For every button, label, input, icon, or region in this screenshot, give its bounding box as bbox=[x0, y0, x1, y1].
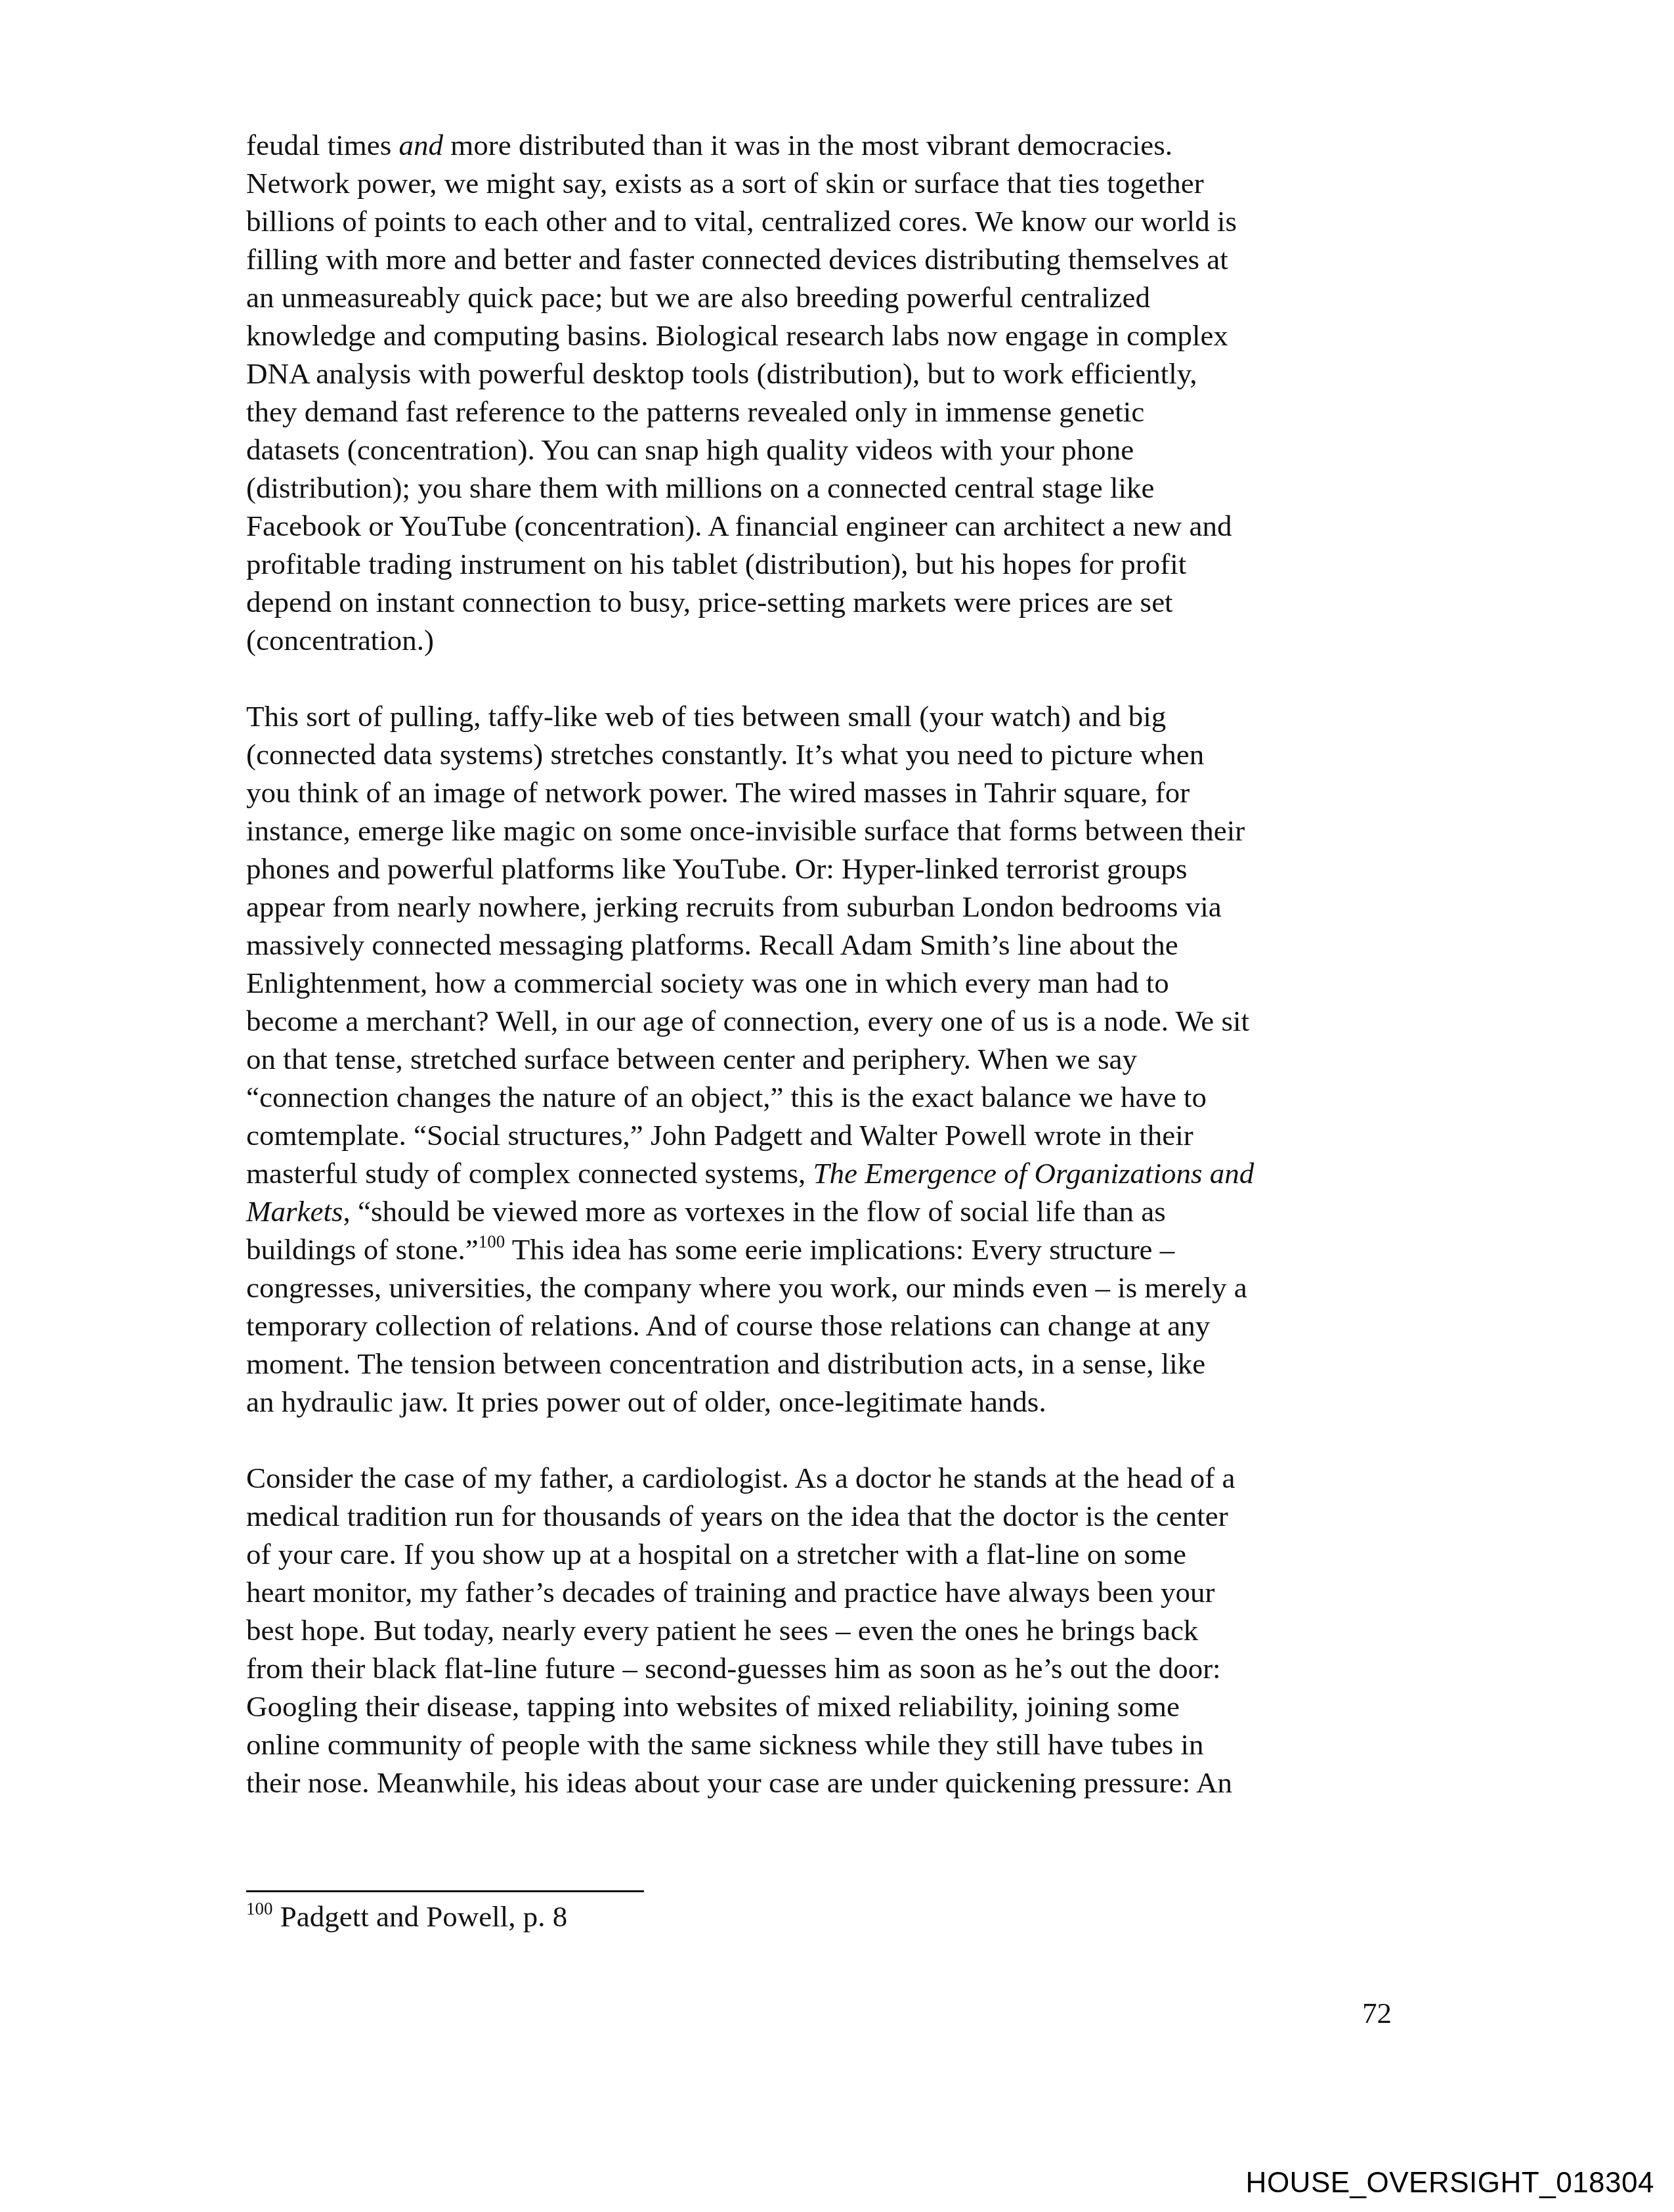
text-line: masterful study of complex connected sys… bbox=[246, 1154, 1441, 1192]
text-segment: profitable trading instrument on his tab… bbox=[246, 548, 1186, 580]
text-line: phones and powerful platforms like YouTu… bbox=[246, 850, 1441, 888]
text-segment: Googling their disease, tapping into web… bbox=[246, 1690, 1180, 1723]
text-line: Enlightenment, how a commercial society … bbox=[246, 964, 1441, 1002]
text-segment: moment. The tension between concentratio… bbox=[246, 1347, 1205, 1380]
text-line: (concentration.) bbox=[246, 621, 1441, 659]
text-line: temporary collection of relations. And o… bbox=[246, 1307, 1441, 1345]
text-segment: datasets (concentration). You can snap h… bbox=[246, 433, 1134, 466]
text-segment: “connection changes the nature of an obj… bbox=[246, 1081, 1207, 1114]
text-segment: Consider the case of my father, a cardio… bbox=[246, 1462, 1235, 1494]
text-segment: Enlightenment, how a commercial society … bbox=[246, 966, 1169, 999]
footnote-reference: 100 bbox=[479, 1232, 505, 1251]
text-segment: (distribution); you share them with mill… bbox=[246, 471, 1154, 504]
italic-text: Markets bbox=[246, 1195, 343, 1228]
page-number: 72 bbox=[1362, 1996, 1392, 2030]
footnote-text: Padgett and Powell, p. 8 bbox=[273, 1900, 568, 1933]
text-segment: depend on instant connection to busy, pr… bbox=[246, 586, 1173, 618]
text-line: Googling their disease, tapping into web… bbox=[246, 1687, 1441, 1725]
text-segment: of your care. If you show up at a hospit… bbox=[246, 1538, 1186, 1571]
text-line: billions of points to each other and to … bbox=[246, 202, 1441, 240]
text-line: their nose. Meanwhile, his ideas about y… bbox=[246, 1764, 1441, 1802]
text-line: Facebook or YouTube (concentration). A f… bbox=[246, 507, 1441, 545]
text-line: an unmeasureably quick pace; but we are … bbox=[246, 278, 1441, 316]
text-line: become a merchant? Well, in our age of c… bbox=[246, 1002, 1441, 1040]
text-segment: This sort of pulling, taffy-like web of … bbox=[246, 700, 1166, 733]
paragraph-gap bbox=[246, 1421, 1441, 1459]
text-line: profitable trading instrument on his tab… bbox=[246, 545, 1441, 583]
text-segment: filling with more and better and faster … bbox=[246, 243, 1228, 276]
text-segment: online community of people with the same… bbox=[246, 1728, 1203, 1761]
text-segment: become a merchant? Well, in our age of c… bbox=[246, 1005, 1249, 1037]
text-segment: DNA analysis with powerful desktop tools… bbox=[246, 357, 1197, 390]
text-line: (connected data systems) stretches const… bbox=[246, 735, 1441, 773]
text-line: congresses, universities, the company wh… bbox=[246, 1269, 1441, 1307]
text-segment: medical tradition run for thousands of y… bbox=[246, 1500, 1228, 1532]
text-segment: instance, emerge like magic on some once… bbox=[246, 814, 1245, 847]
text-segment: phones and powerful platforms like YouTu… bbox=[246, 852, 1188, 885]
text-segment: buildings of stone.” bbox=[246, 1233, 479, 1266]
text-segment: Network power, we might say, exists as a… bbox=[246, 167, 1204, 200]
text-line: massively connected messaging platforms.… bbox=[246, 926, 1441, 964]
text-line: online community of people with the same… bbox=[246, 1725, 1441, 1764]
text-line: from their black flat-line future – seco… bbox=[246, 1649, 1441, 1687]
text-segment: , “should be viewed more as vortexes in … bbox=[343, 1195, 1165, 1228]
text-line: best hope. But today, nearly every patie… bbox=[246, 1611, 1441, 1649]
text-segment: Facebook or YouTube (concentration). A f… bbox=[246, 510, 1232, 542]
text-line: buildings of stone.”100 This idea has so… bbox=[246, 1230, 1441, 1269]
text-segment: from their black flat-line future – seco… bbox=[246, 1652, 1221, 1685]
text-line: filling with more and better and faster … bbox=[246, 240, 1441, 278]
document-page: feudal times and more distributed than i… bbox=[0, 0, 1674, 2212]
text-line: of your care. If you show up at a hospit… bbox=[246, 1535, 1441, 1573]
text-segment: congresses, universities, the company wh… bbox=[246, 1271, 1247, 1304]
text-line: Consider the case of my father, a cardio… bbox=[246, 1459, 1441, 1497]
text-segment: appear from nearly nowhere, jerking recr… bbox=[246, 890, 1222, 923]
paragraph: feudal times and more distributed than i… bbox=[246, 126, 1441, 659]
paragraph-gap bbox=[246, 659, 1441, 697]
text-line: knowledge and computing basins. Biologic… bbox=[246, 316, 1441, 355]
text-line: depend on instant connection to busy, pr… bbox=[246, 583, 1441, 621]
text-segment: more distributed than it was in the most… bbox=[443, 129, 1172, 162]
text-line: they demand fast reference to the patter… bbox=[246, 393, 1441, 431]
text-segment: billions of points to each other and to … bbox=[246, 205, 1237, 238]
footnote-separator bbox=[246, 1890, 644, 1892]
text-segment: an hydraulic jaw. It pries power out of … bbox=[246, 1385, 1046, 1418]
paragraph: This sort of pulling, taffy-like web of … bbox=[246, 697, 1441, 1421]
text-line: This sort of pulling, taffy-like web of … bbox=[246, 697, 1441, 735]
text-line: medical tradition run for thousands of y… bbox=[246, 1497, 1441, 1535]
text-segment: on that tense, stretched surface between… bbox=[246, 1043, 1137, 1075]
text-segment: massively connected messaging platforms.… bbox=[246, 928, 1178, 961]
text-line: Markets, “should be viewed more as vorte… bbox=[246, 1192, 1441, 1230]
text-line: heart monitor, my father’s decades of tr… bbox=[246, 1573, 1441, 1611]
text-line: moment. The tension between concentratio… bbox=[246, 1345, 1441, 1383]
text-segment: masterful study of complex connected sys… bbox=[246, 1157, 813, 1190]
text-line: DNA analysis with powerful desktop tools… bbox=[246, 355, 1441, 393]
italic-text: The Emergence of Organizations and bbox=[813, 1157, 1255, 1190]
body-text: feudal times and more distributed than i… bbox=[246, 126, 1441, 1802]
text-segment: comtemplate. “Social structures,” John P… bbox=[246, 1119, 1193, 1152]
text-line: you think of an image of network power. … bbox=[246, 773, 1441, 812]
text-line: an hydraulic jaw. It pries power out of … bbox=[246, 1383, 1441, 1421]
text-segment: (concentration.) bbox=[246, 624, 434, 657]
text-segment: heart monitor, my father’s decades of tr… bbox=[246, 1576, 1215, 1609]
text-segment: knowledge and computing basins. Biologic… bbox=[246, 319, 1228, 352]
italic-text: and bbox=[398, 129, 443, 162]
text-segment: best hope. But today, nearly every patie… bbox=[246, 1614, 1198, 1647]
text-segment: you think of an image of network power. … bbox=[246, 776, 1190, 809]
text-line: appear from nearly nowhere, jerking recr… bbox=[246, 888, 1441, 926]
text-line: comtemplate. “Social structures,” John P… bbox=[246, 1116, 1441, 1154]
text-segment: they demand fast reference to the patter… bbox=[246, 395, 1144, 428]
text-line: instance, emerge like magic on some once… bbox=[246, 812, 1441, 850]
text-segment: temporary collection of relations. And o… bbox=[246, 1309, 1210, 1342]
text-segment: feudal times bbox=[246, 129, 398, 162]
text-line: (distribution); you share them with mill… bbox=[246, 469, 1441, 507]
text-segment: an unmeasureably quick pace; but we are … bbox=[246, 281, 1150, 314]
paragraph: Consider the case of my father, a cardio… bbox=[246, 1459, 1441, 1802]
text-line: datasets (concentration). You can snap h… bbox=[246, 431, 1441, 469]
text-line: “connection changes the nature of an obj… bbox=[246, 1078, 1441, 1116]
text-line: feudal times and more distributed than i… bbox=[246, 126, 1441, 164]
text-segment: (connected data systems) stretches const… bbox=[246, 738, 1204, 771]
text-line: Network power, we might say, exists as a… bbox=[246, 164, 1441, 202]
text-segment: This idea has some eerie implications: E… bbox=[505, 1233, 1174, 1266]
text-line: on that tense, stretched surface between… bbox=[246, 1040, 1441, 1078]
bates-stamp: HOUSE_OVERSIGHT_018304 bbox=[1246, 2167, 1654, 2200]
footnote-marker: 100 bbox=[246, 1899, 273, 1919]
footnote: 100 Padgett and Powell, p. 8 bbox=[246, 1898, 567, 1936]
text-segment: their nose. Meanwhile, his ideas about y… bbox=[246, 1766, 1232, 1799]
